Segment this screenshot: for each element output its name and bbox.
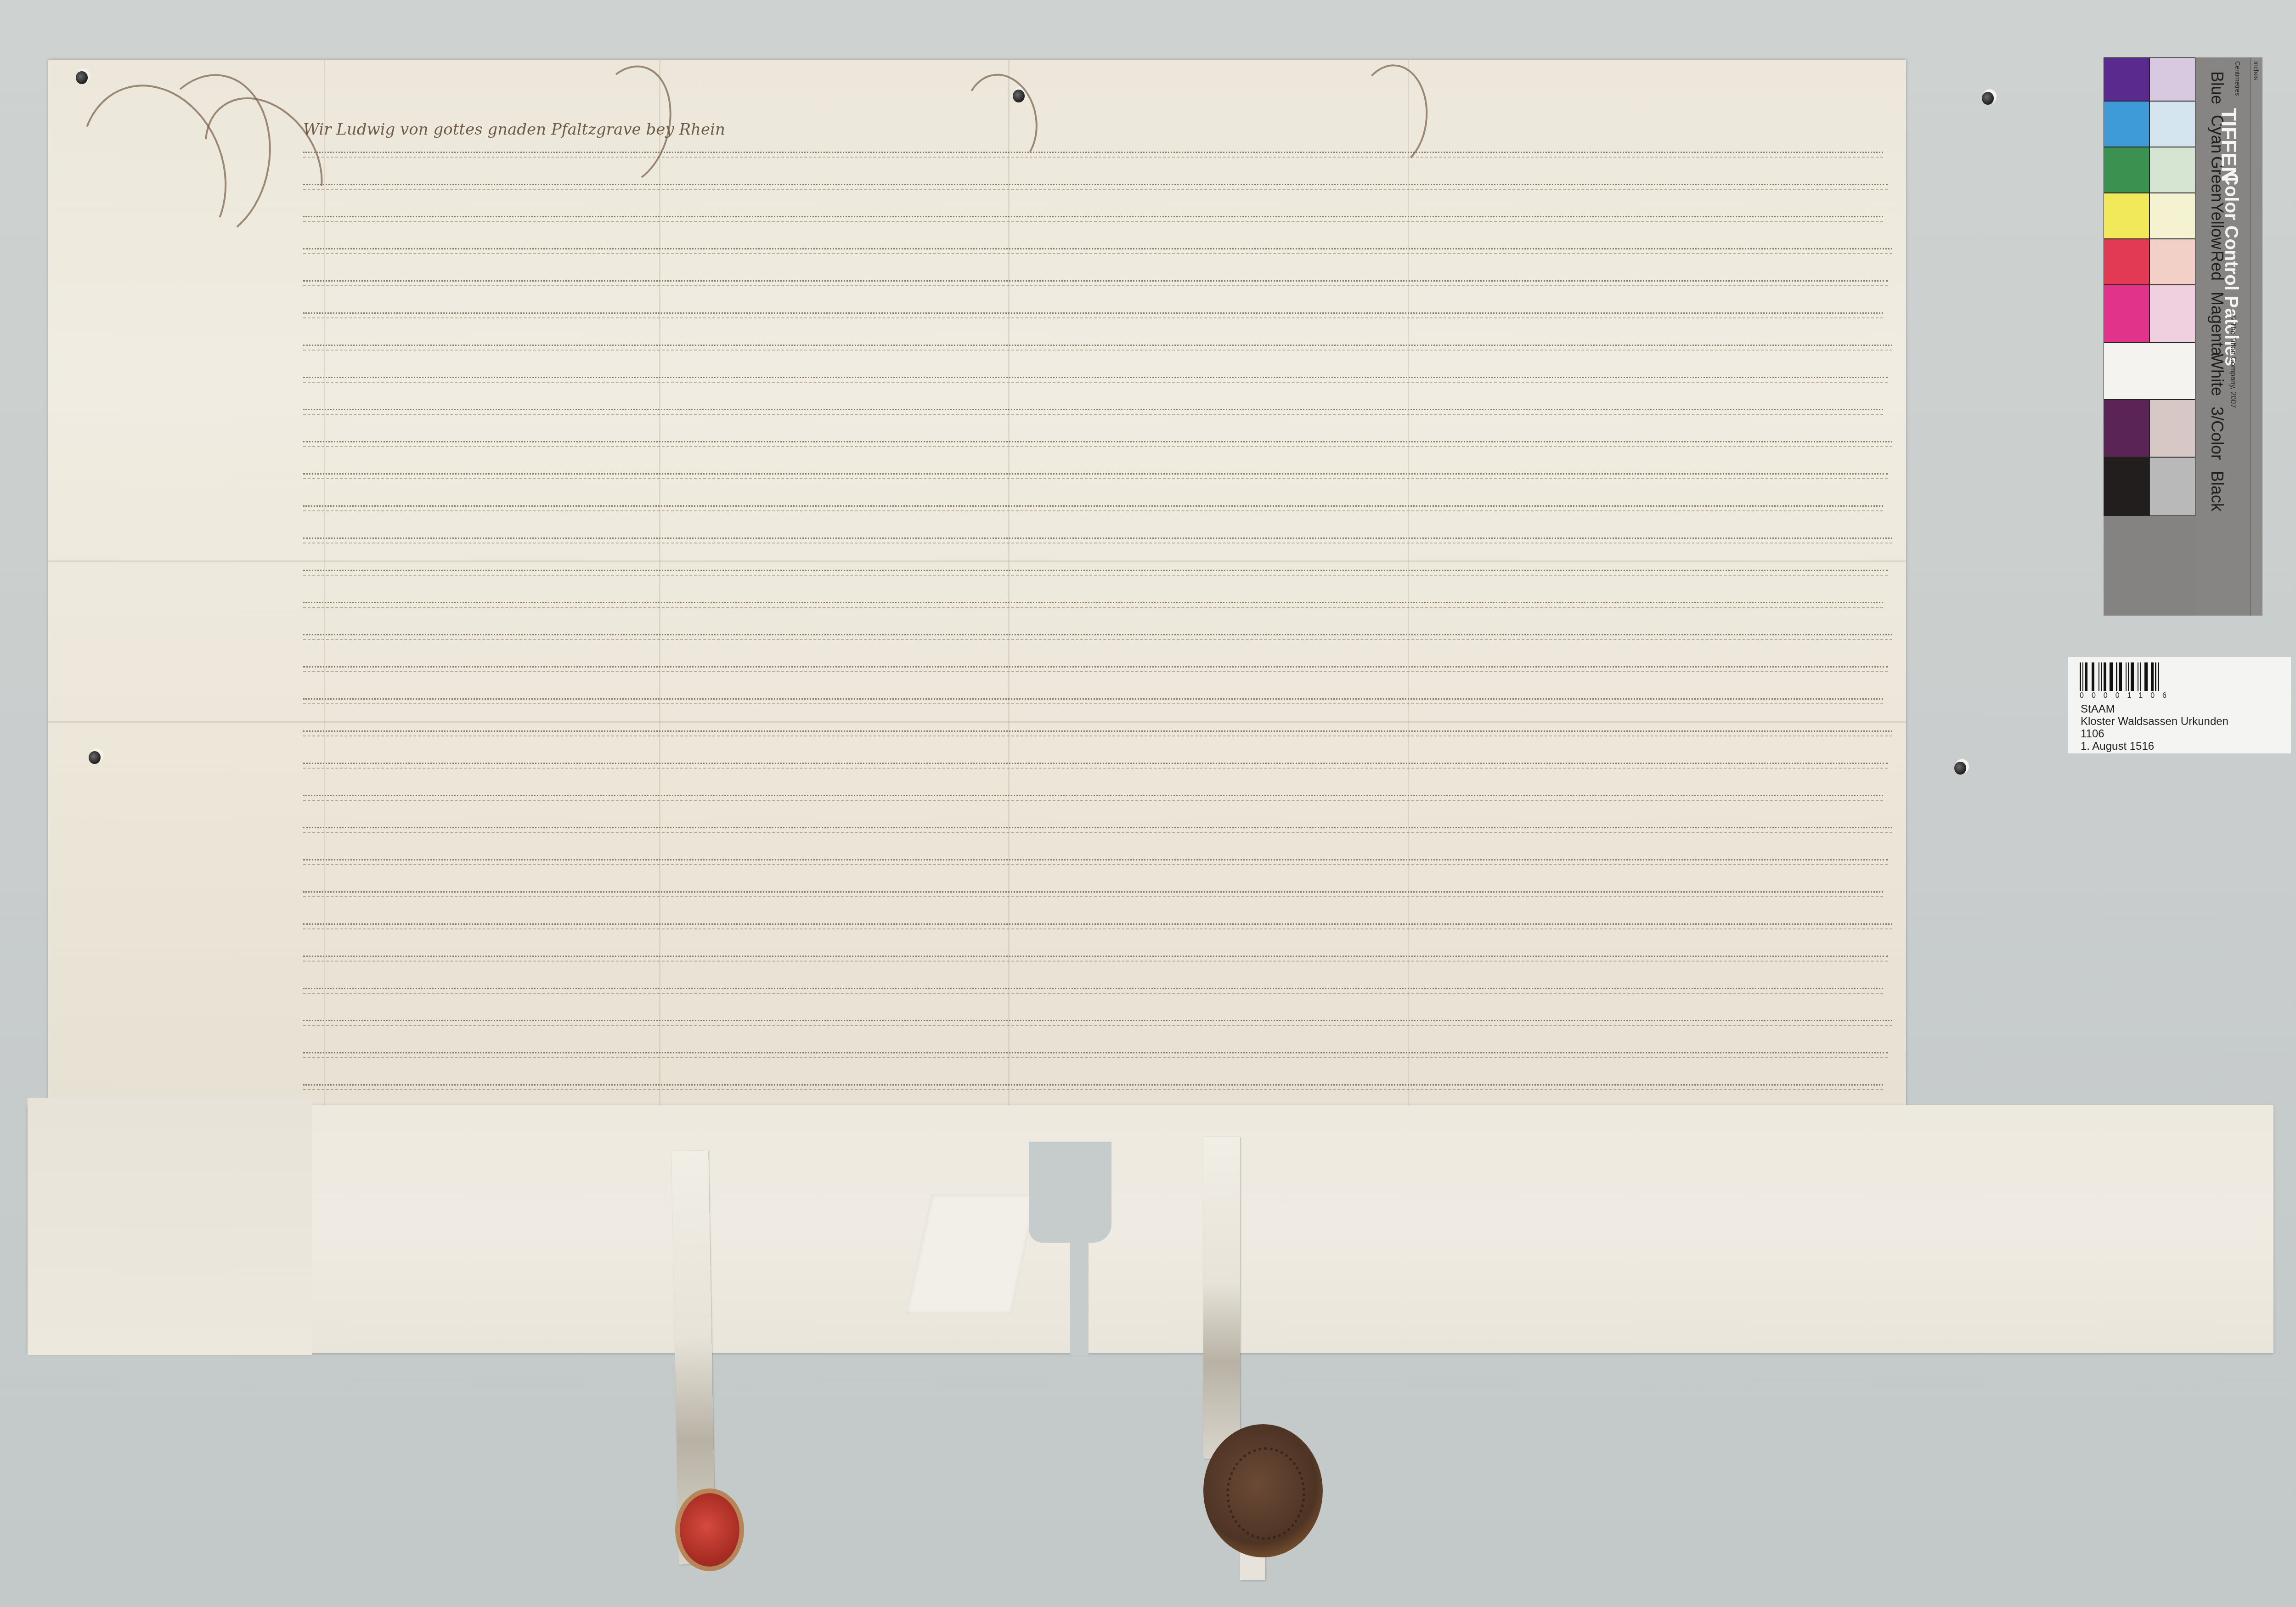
- handwritten-line: [303, 923, 1892, 929]
- patch-yellow-dark: [2104, 193, 2149, 239]
- ruler-unit-inches: Inches: [2252, 61, 2260, 80]
- handwritten-line: [303, 730, 1892, 736]
- handwritten-line: [303, 666, 1888, 672]
- handwritten-line: [303, 634, 1892, 640]
- patch-cyan-light: [2149, 101, 2195, 147]
- patch-magenta-light: [2149, 285, 2195, 342]
- patch-label-black: Black: [2207, 471, 2227, 511]
- handwritten-line: [303, 602, 1883, 608]
- punch-hole: [1954, 762, 1966, 775]
- seal-impression: [1226, 1447, 1305, 1540]
- chart-copyright: © The Tiffen Company, 2007: [2228, 315, 2237, 408]
- handwritten-line: [303, 698, 1883, 704]
- patch-blue-light: [2149, 57, 2195, 101]
- handwritten-line: [303, 538, 1892, 543]
- handwritten-line: [303, 473, 1888, 479]
- handwritten-line: [303, 152, 1883, 158]
- handwritten-line: [303, 956, 1888, 962]
- tiffen-logo: TIFFEN: [2217, 108, 2241, 182]
- plica-left-fold: [28, 1098, 312, 1355]
- patch-cyan-dark: [2104, 101, 2149, 147]
- punch-hole: [89, 751, 101, 764]
- label-date: 1. August 1516: [2081, 740, 2154, 753]
- patch-blue-dark: [2104, 57, 2149, 101]
- patch-red-light: [2149, 239, 2195, 285]
- patch-red-dark: [2104, 239, 2149, 285]
- patch-3color-light: [2149, 400, 2195, 457]
- handwritten-line: [303, 216, 1883, 222]
- patch-green-dark: [2104, 147, 2149, 193]
- charter-body-text: [303, 152, 1911, 1181]
- handwritten-line: [303, 248, 1892, 254]
- handwritten-line: [303, 1052, 1888, 1058]
- plica-tear: [1029, 1142, 1111, 1243]
- seal-tag-right: [1203, 1137, 1240, 1459]
- label-institution: StAAM: [2081, 703, 2115, 716]
- handwritten-line: [303, 312, 1883, 318]
- ruler: [2251, 57, 2262, 616]
- patch-white: [2104, 342, 2195, 400]
- handwritten-line: [303, 345, 1892, 351]
- patch-label-blue: Blue: [2207, 71, 2227, 104]
- color-control-chart: Blue Cyan Green Yellow Red Magenta White…: [2104, 57, 2260, 616]
- label-number: 1106: [2081, 728, 2104, 741]
- handwritten-line: [303, 184, 1888, 190]
- handwritten-line: [303, 795, 1883, 801]
- patch-green-light: [2149, 147, 2195, 193]
- barcode: [2080, 662, 2159, 691]
- charter-plica: [28, 1105, 2273, 1353]
- handwritten-line: [303, 280, 1888, 286]
- label-collection: Kloster Waldsassen Urkunden: [2081, 715, 2228, 728]
- handwritten-line: [303, 1084, 1883, 1090]
- handwritten-line: [303, 570, 1888, 576]
- handwritten-line: [303, 441, 1892, 447]
- handwritten-line: [303, 1020, 1892, 1026]
- punch-hole: [1982, 92, 1994, 105]
- patch-3color-dark: [2104, 400, 2149, 457]
- handwritten-line: [303, 891, 1883, 897]
- patch-black-light: [2149, 457, 2195, 516]
- ornamental-monogram: [64, 64, 322, 257]
- red-wax-seal: [680, 1493, 739, 1567]
- patch-magenta-dark: [2104, 285, 2149, 342]
- patch-black-dark: [2104, 457, 2149, 516]
- handwritten-line: [303, 409, 1883, 415]
- archive-label: 00001106 StAAM Kloster Waldsassen Urkund…: [2068, 657, 2291, 753]
- charter-opening-words: Wir Ludwig von gottes gnaden Pfaltzgrave…: [303, 120, 725, 139]
- barcode-number: 00001106: [2080, 692, 2174, 700]
- handwritten-line: [303, 505, 1883, 511]
- handwritten-line: [303, 859, 1888, 865]
- patch-yellow-light: [2149, 193, 2195, 239]
- plica-tear: [1070, 1240, 1089, 1355]
- handwritten-line: [303, 827, 1892, 833]
- patch-label-3color: 3/Color: [2207, 407, 2227, 460]
- handwritten-line: [303, 763, 1888, 769]
- handwritten-line: [303, 988, 1883, 994]
- ruler-unit-cm: Centimetres: [2234, 61, 2241, 96]
- handwritten-line: [303, 377, 1888, 383]
